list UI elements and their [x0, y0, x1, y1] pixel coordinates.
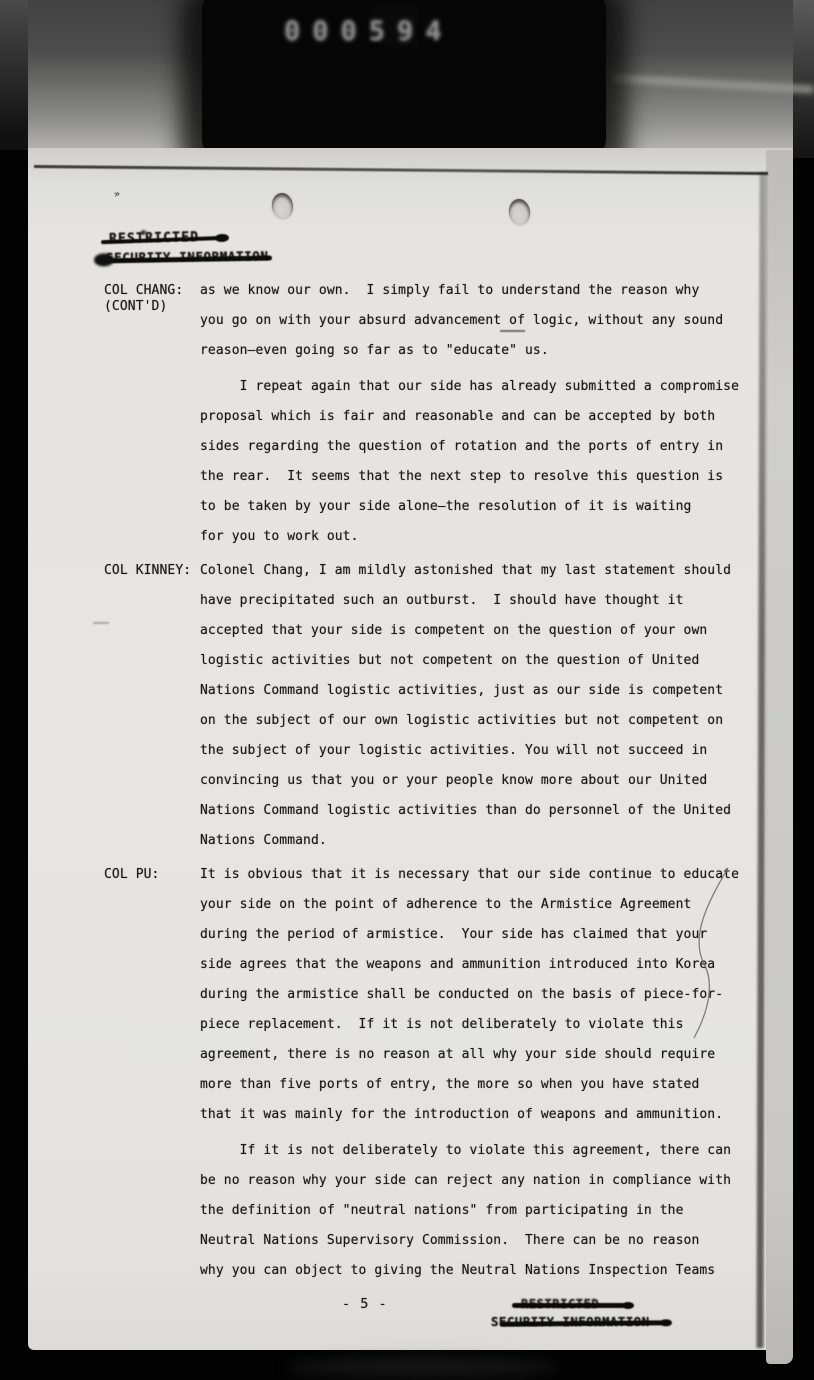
shadow-blob: [285, 1356, 560, 1378]
speaker-label: COL KINNEY:: [104, 556, 200, 579]
speech-text: Colonel Chang, I am mildly astonished th…: [200, 556, 764, 856]
speech-paragraph: If it is not deliberately to violate thi…: [200, 1136, 764, 1286]
microfilm-counter-device: 000594: [202, 0, 606, 164]
dialogue-entry-col-pu: COL PU: It is obvious that it is necessa…: [104, 860, 764, 1286]
speech-paragraph: It is obvious that it is necessary that …: [200, 860, 764, 1130]
speaker-name: COL PU:: [104, 867, 160, 882]
dialogue-entry-col-kinney: COL KINNEY: Colonel Chang, I am mildly a…: [104, 556, 764, 856]
faint-margin-mark: [93, 622, 109, 624]
faint-underline-mark: [500, 330, 525, 332]
frame-counter-readout: 000594: [284, 16, 454, 47]
speech-paragraph: as we know our own. I simply fail to und…: [200, 276, 764, 366]
speaker-continued-tag: (CONT'D): [104, 299, 167, 314]
speech-paragraph: Colonel Chang, I am mildly astonished th…: [200, 556, 764, 856]
scanned-document-photo: { "scan": { "counter_digits": "000594", …: [0, 0, 814, 1380]
speaker-label: COL CHANG: (CONT'D): [104, 276, 200, 315]
ink-speck: [141, 230, 146, 235]
photo-corner-top-right: [793, 0, 814, 158]
page-edge-strip: [766, 150, 793, 1364]
speech-text: It is obvious that it is necessary that …: [200, 860, 764, 1286]
speaker-name: COL KINNEY:: [104, 563, 191, 578]
speech-text: as we know our own. I simply fail to und…: [200, 276, 764, 552]
dialogue-entry-col-chang: COL CHANG: (CONT'D) as we know our own. …: [104, 276, 764, 552]
speech-paragraph: I repeat again that our side has already…: [200, 372, 764, 552]
strikethrough-line: [512, 1303, 632, 1308]
transcript-body: COL CHANG: (CONT'D) as we know our own. …: [104, 276, 764, 1286]
photo-corner-top-left: [0, 0, 28, 150]
speaker-label: COL PU:: [104, 860, 200, 883]
hairline-crease-mark: [688, 864, 734, 1042]
speaker-name: COL CHANG:: [104, 283, 183, 298]
page-number: - 5 -: [342, 1296, 388, 1312]
